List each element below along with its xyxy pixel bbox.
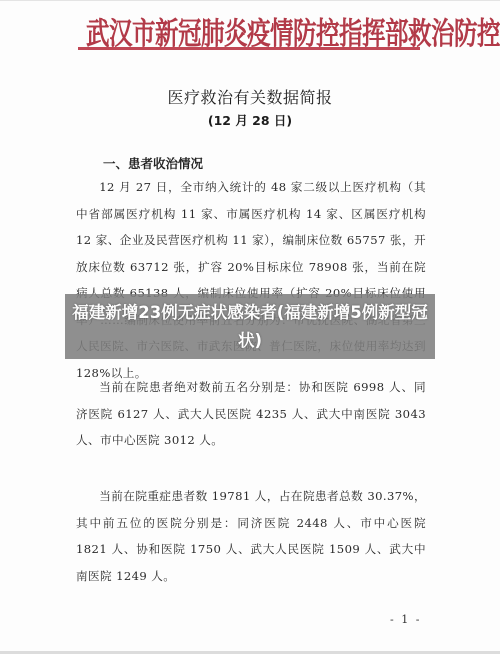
letterhead-divider (78, 47, 420, 50)
paragraph-severe-cases: 当前在院重症患者数 19781 人，占在院患者总数 30.37%，其中前五位的医… (76, 483, 426, 589)
paragraph-text: 当前在院患者绝对数前五名分别是：协和医院 6998 人、同济医院 6127 人、… (76, 374, 426, 454)
document-page: 武汉市新冠肺炎疫情防控指挥部救治防控组 医疗救治有关数据简报 (12 月 28 … (0, 0, 500, 654)
document-title: 医疗救治有关数据简报 (0, 85, 500, 108)
section-heading: 一、患者收治情况 (103, 154, 203, 172)
caption-banner: 福建新增23例无症状感染者(福建新增5例新型冠状) (65, 294, 435, 359)
page-number: - 1 - (390, 613, 421, 626)
paragraph-top-hospitals: 当前在院患者绝对数前五名分别是：协和医院 6998 人、同济医院 6127 人、… (76, 374, 426, 454)
document-date: (12 月 28 日) (0, 111, 500, 129)
paragraph-text: 当前在院重症患者数 19781 人，占在院患者总数 30.37%，其中前五位的医… (76, 483, 426, 589)
caption-text: 福建新增23例无症状感染者(福建新增5例新型冠状) (71, 299, 429, 355)
